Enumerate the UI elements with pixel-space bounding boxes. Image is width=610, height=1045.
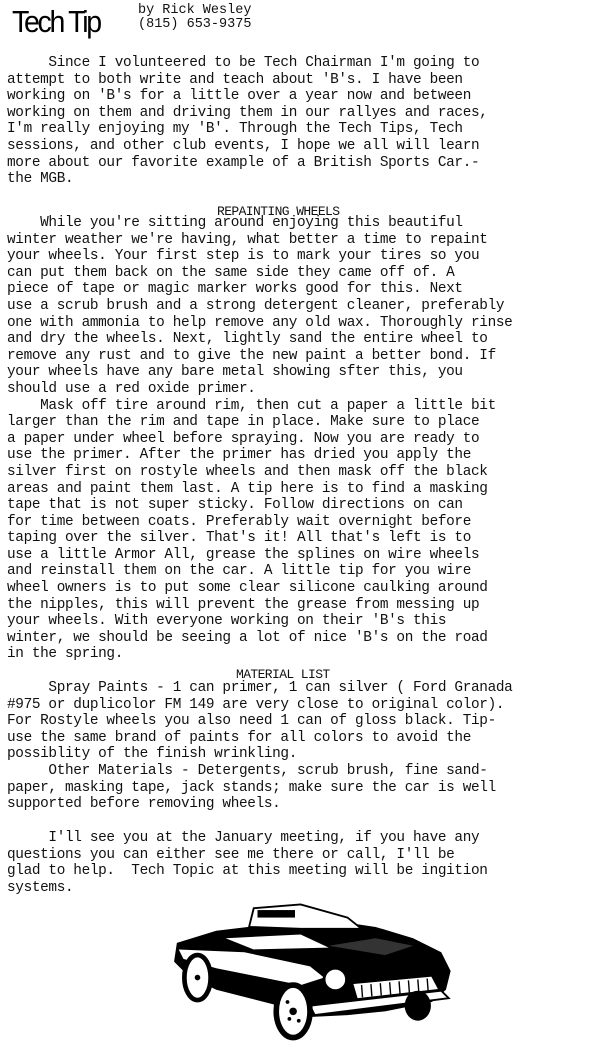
text-line: sessions, and other club events, I hope … xyxy=(7,138,488,155)
text-line: taping over the silver. That's it! All t… xyxy=(7,530,512,547)
text-line: paper, masking tape, jack stands; make s… xyxy=(7,780,512,797)
text-line: questions you can either see me there or… xyxy=(7,847,488,864)
text-line: working on them and driving them in our … xyxy=(7,105,488,122)
text-line: #975 or duplicolor FM 149 are very close… xyxy=(7,697,512,714)
text-line: piece of tape or magic marker works good… xyxy=(7,281,512,298)
text-line: and reinstall them on the car. A little … xyxy=(7,563,512,580)
byline: by Rick Wesley (815) 653-9375 xyxy=(138,4,251,32)
text-line: use the same brand of paints for all col… xyxy=(7,730,512,747)
newsletter-page: Tech Tip by Rick Wesley (815) 653-9375 S… xyxy=(0,0,610,1045)
intro-paragraph: Since I volunteered to be Tech Chairman … xyxy=(7,55,488,188)
text-line: in the spring. xyxy=(7,646,512,663)
mgb-car-illustration-icon xyxy=(160,898,460,1044)
text-line: the MGB. xyxy=(7,171,488,188)
text-line: glad to help. Tech Topic at this meeting… xyxy=(7,863,488,880)
author-phone: (815) 653-9375 xyxy=(138,17,251,32)
material-list-body: Spray Paints - 1 can primer, 1 can silve… xyxy=(7,680,512,813)
text-line: I'll see you at the January meeting, if … xyxy=(7,830,488,847)
text-line: can put them back on the same side they … xyxy=(7,265,512,282)
tech-tip-logo: Tech Tip xyxy=(12,4,100,40)
text-line: a paper under wheel before spraying. Now… xyxy=(7,431,512,448)
text-line: Mask off tire around rim, then cut a pap… xyxy=(7,398,512,415)
text-line: For Rostyle wheels you also need 1 can o… xyxy=(7,713,512,730)
text-line: working on 'B's for a little over a year… xyxy=(7,88,488,105)
text-line: larger than the rim and tape in place. M… xyxy=(7,414,512,431)
text-line: I'm really enjoying my 'B'. Through the … xyxy=(7,121,488,138)
text-line: use a little Armor All, grease the splin… xyxy=(7,547,512,564)
text-line: winter, we should be seeing a lot of nic… xyxy=(7,630,512,647)
text-line: Spray Paints - 1 can primer, 1 can silve… xyxy=(7,680,512,697)
text-line: tape that is not super sticky. Follow di… xyxy=(7,497,512,514)
text-line: possiblity of the finish wrinkling. xyxy=(7,746,512,763)
text-line: your wheels have any bare metal showing … xyxy=(7,364,512,381)
text-line: should use a red oxide primer. xyxy=(7,381,512,398)
text-line: more about our favorite example of a Bri… xyxy=(7,155,488,172)
text-line: use the primer. After the primer has dri… xyxy=(7,447,512,464)
text-line: While you're sitting around enjoying thi… xyxy=(7,215,512,232)
text-line: one with ammonia to help remove any old … xyxy=(7,315,512,332)
text-line: Since I volunteered to be Tech Chairman … xyxy=(7,55,488,72)
text-line: for time between coats. Preferably wait … xyxy=(7,514,512,531)
closing-paragraph: I'll see you at the January meeting, if … xyxy=(7,830,488,896)
text-line: wheel owners is to put some clear silico… xyxy=(7,580,512,597)
repainting-wheels-body: While you're sitting around enjoying thi… xyxy=(7,215,512,663)
text-line: use a scrub brush and a strong detergent… xyxy=(7,298,512,315)
text-line: areas and paint them last. A tip here is… xyxy=(7,481,512,498)
text-line: and dry the wheels. Next, lightly sand t… xyxy=(7,331,512,348)
text-line: silver first on rostyle wheels and then … xyxy=(7,464,512,481)
text-line: winter weather we're having, what better… xyxy=(7,232,512,249)
text-line: your wheels. With everyone working on th… xyxy=(7,613,512,630)
author-name: by Rick Wesley xyxy=(138,3,251,18)
text-line: Other Materials - Detergents, scrub brus… xyxy=(7,763,512,780)
text-line: supported before removing wheels. xyxy=(7,796,512,813)
text-line: remove any rust and to give the new pain… xyxy=(7,348,512,365)
text-line: your wheels. Your first step is to mark … xyxy=(7,248,512,265)
text-line: attempt to both write and teach about 'B… xyxy=(7,72,488,89)
text-line: systems. xyxy=(7,880,488,897)
text-line: the nipples, this will prevent the greas… xyxy=(7,597,512,614)
